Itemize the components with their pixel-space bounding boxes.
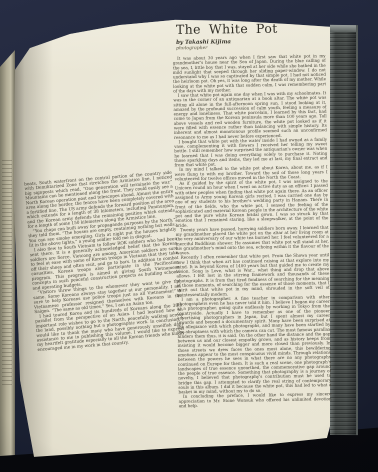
paragraph: It was about 30 years ago when I first s…: [173, 54, 327, 94]
page-content: The White Pot by Takashi Kijima photogra…: [0, 0, 378, 472]
paragraph: In concluding the preface, I would like …: [178, 392, 331, 409]
book-photo: The White Pot by Takashi Kijima photogra…: [0, 0, 378, 472]
left-text-column: boats, South waterfront on the central p…: [24, 170, 192, 433]
author-role: photographer: [176, 44, 332, 52]
right-text-column: It was about 30 years ago when I first s…: [173, 54, 333, 449]
paragraph: I am a photographer. A fine teacher in c…: [177, 295, 332, 395]
article-header: The White Pot by Takashi Kijima photogra…: [176, 21, 332, 51]
paragraph: I saw that white pot again one day when …: [173, 91, 327, 140]
article-title: The White Pot: [176, 21, 332, 36]
paragraph: I bought that white pot with the water i…: [174, 137, 327, 167]
paragraph: Twenty years have passed, hurrying soldi…: [176, 225, 329, 255]
paragraph: Recently I often remember that white pot…: [176, 253, 330, 297]
paragraph: As if guided by the spirit of the white …: [175, 179, 329, 228]
